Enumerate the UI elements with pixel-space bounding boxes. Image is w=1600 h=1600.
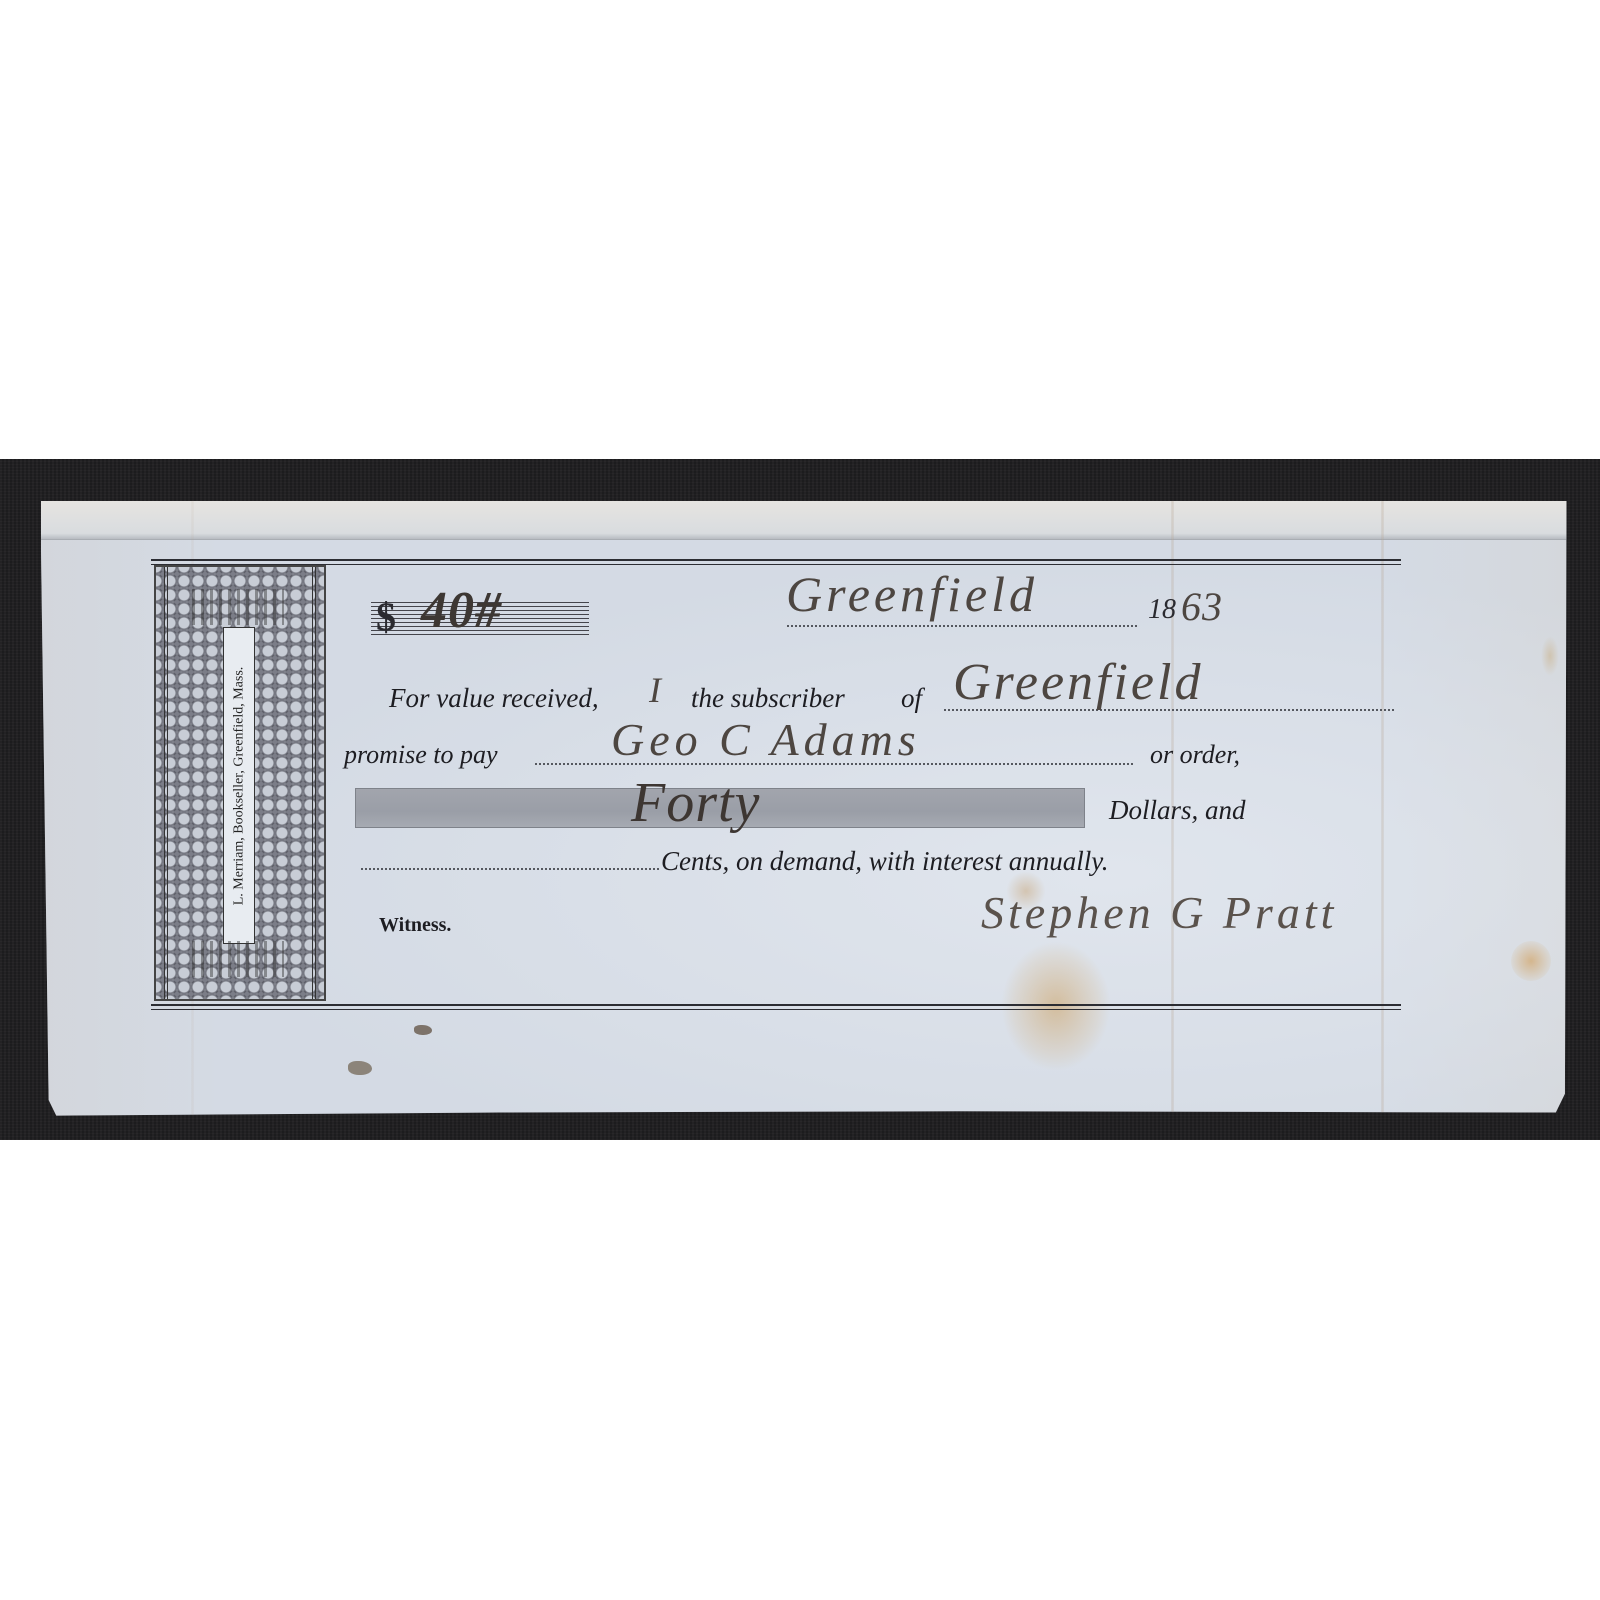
text-promise-to-pay: promise to pay bbox=[344, 740, 498, 770]
foxing-stain bbox=[1001, 941, 1111, 1071]
foxing-stain bbox=[1511, 941, 1551, 981]
cents-dotted-line bbox=[361, 868, 659, 870]
foxing-stain bbox=[1541, 636, 1559, 676]
bottom-rule bbox=[151, 1004, 1401, 1006]
text-for-value-received: For value received, bbox=[389, 683, 599, 714]
paper-damage bbox=[348, 1061, 372, 1075]
year-prefix: 18 bbox=[1148, 594, 1176, 626]
pronoun-handwritten: I bbox=[649, 669, 662, 711]
text-the-subscriber: the subscriber bbox=[691, 683, 845, 714]
text-cents-on-demand: Cents, on demand, with interest annually… bbox=[661, 846, 1108, 877]
place-dotted-line bbox=[787, 625, 1137, 627]
text-or-order: or order, bbox=[1150, 740, 1240, 770]
text-dollars-and: Dollars, and bbox=[1109, 795, 1246, 826]
amount-in-words: Forty bbox=[631, 771, 760, 835]
printer-imprint: L. Merriam, Bookseller, Greenfield, Mass… bbox=[231, 666, 247, 905]
dollar-sign-icon: $ bbox=[376, 593, 396, 640]
ornament-band bbox=[192, 941, 284, 977]
year-suffix: 63 bbox=[1181, 583, 1223, 630]
folded-top-edge bbox=[41, 501, 1568, 540]
place-handwritten: Greenfield bbox=[786, 565, 1038, 623]
amount-figure: 40# bbox=[421, 581, 502, 640]
witness-label: Witness. bbox=[379, 914, 451, 937]
top-rule bbox=[151, 559, 1401, 561]
ink-blot bbox=[414, 1025, 432, 1035]
town-handwritten: Greenfield bbox=[953, 653, 1203, 712]
text-of: of bbox=[901, 683, 922, 714]
fold-crease bbox=[1381, 501, 1384, 1125]
promissory-note: L. Merriam, Bookseller, Greenfield, Mass… bbox=[41, 501, 1568, 1125]
ornamental-vignette: L. Merriam, Bookseller, Greenfield, Mass… bbox=[154, 565, 326, 1001]
imprint-panel: L. Merriam, Bookseller, Greenfield, Mass… bbox=[223, 627, 255, 944]
ornament-band bbox=[192, 589, 284, 625]
signature: Stephen G Pratt bbox=[981, 886, 1337, 939]
payee-handwritten: Geo C Adams bbox=[611, 713, 921, 766]
